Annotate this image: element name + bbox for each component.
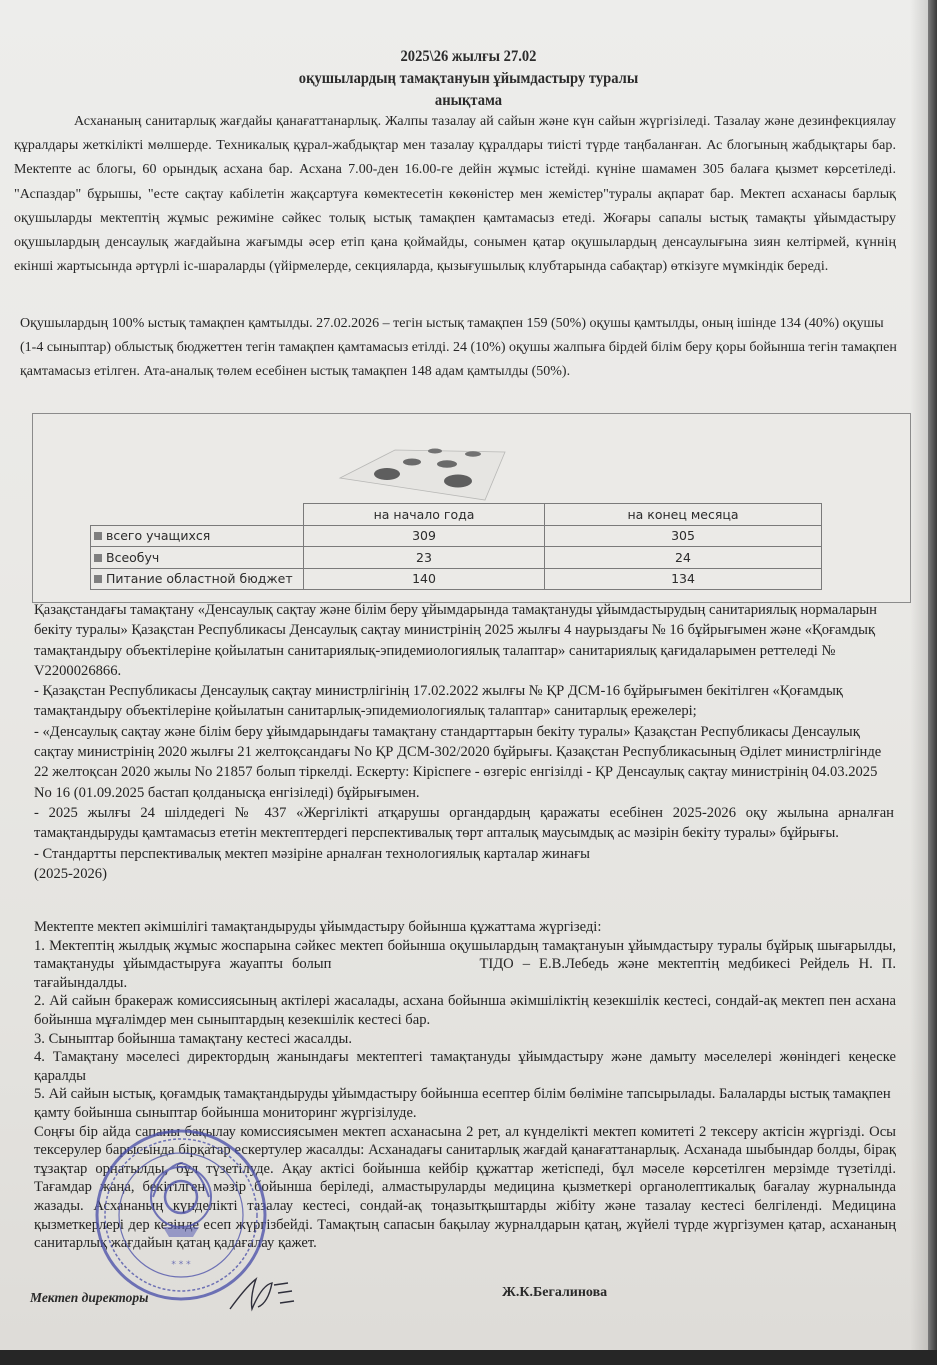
regulation-item: - 2025 жылғы 24 шілдедегі № 437 «Жергілі… [34, 803, 894, 844]
svg-text:* * *: * * * [171, 1260, 191, 1270]
regulation-item: - Стандартты перспективалық мектеп мәзір… [34, 844, 894, 864]
table-header-row: на начало года на конец месяца [91, 504, 822, 526]
admin-item-2: 2. Ай сайын бракераж комиссиясының актіл… [34, 992, 896, 1029]
row-label: всего учащихся [91, 525, 304, 547]
table-row: Всеобуч 23 24 [91, 547, 822, 569]
legend-swatch-icon [94, 532, 102, 540]
regulation-item: Қазақстандағы тамақтану «Денсаулық сақта… [34, 600, 894, 681]
admin-item-1: 1. Мектептің жылдық жұмыс жоспарына сәйк… [34, 937, 896, 993]
marker-blob [428, 449, 442, 454]
admin-intro: Мектепте мектеп әкімшілігі тамақтандыруд… [34, 918, 896, 937]
signature-icon [228, 1275, 308, 1315]
regulations-section: Қазақстандағы тамақтану «Денсаулық сақта… [34, 600, 894, 884]
table-cell: 134 [545, 568, 822, 590]
document-title: 2025\26 жылғы 27.02 оқушылардың тамақтан… [0, 46, 928, 112]
marker-blob [374, 468, 400, 480]
regulation-item: - Қазақстан Республикасы Денсаулық сақта… [34, 681, 894, 722]
row-label: Всеобуч [91, 547, 304, 569]
marker-blob [465, 451, 481, 456]
intro-paragraph: Асхананың санитарлық жағдайы қанағаттана… [14, 110, 896, 279]
coverage-paragraph: Оқушылардың 100% ыстық тамақпен қамтылды… [20, 312, 900, 384]
table-cell: 309 [304, 525, 545, 547]
table-cell: 140 [304, 568, 545, 590]
table-row: Питание областной бюджет 140 134 [91, 568, 822, 590]
marker-blob [444, 475, 472, 488]
admin-item-3: 3. Сыныптар бойынша тамақтану кестесі жа… [34, 1030, 896, 1049]
table-row: всего учащихся 309 305 [91, 525, 822, 547]
chart-3d-plot-area [335, 440, 515, 510]
regulation-item: (2025-2026) [34, 864, 894, 884]
legend-swatch-icon [94, 575, 102, 583]
director-position: Мектеп директоры [30, 1290, 148, 1306]
table-cell: 305 [545, 525, 822, 547]
regulation-item: - «Денсаулық сақтау және білім беру ұйым… [34, 722, 894, 803]
director-name: Ж.К.Бегалинова [502, 1285, 607, 1301]
table-cell: 24 [545, 547, 822, 569]
table-corner [91, 504, 304, 526]
column-header: на конец месяца [545, 504, 822, 526]
chart-data-table: на начало года на конец месяца всего уча… [90, 503, 822, 590]
title-type-line: анықтама [28, 90, 909, 112]
title-date-line: 2025\26 жылғы 27.02 [28, 46, 909, 68]
admin-item-4: 4. Тамақтану мәселесі директордың жанынд… [34, 1048, 896, 1085]
marker-blob [437, 460, 457, 468]
photo-background-bottom [0, 1350, 937, 1365]
column-header: на начало года [304, 504, 545, 526]
table-cell: 23 [304, 547, 545, 569]
title-subject-line: оқушылардың тамақтануын ұйымдастыру тура… [28, 68, 909, 90]
photo-background-edge [928, 0, 937, 1365]
document-page: 2025\26 жылғы 27.02 оқушылардың тамақтан… [0, 0, 928, 1350]
admin-item-5: 5. Ай сайын ыстық, қоғамдық тамақтандыру… [34, 1085, 896, 1122]
row-label: Питание областной бюджет [91, 568, 304, 590]
legend-swatch-icon [94, 554, 102, 562]
marker-blob [403, 459, 421, 466]
